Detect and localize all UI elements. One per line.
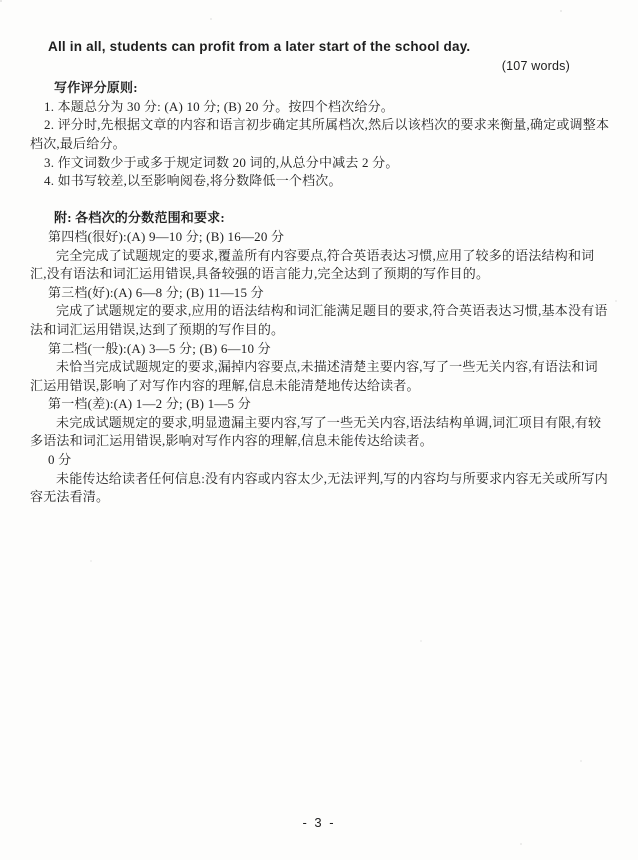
band-title: 0 分 bbox=[30, 451, 610, 470]
band-title: 第二档(一般):(A) 3—5 分; (B) 6—10 分 bbox=[30, 340, 610, 359]
score-band-4: 第四档(很好):(A) 9—10 分; (B) 16—20 分 完全完成了试题规… bbox=[30, 228, 610, 284]
band-description: 完成了试题规定的要求,应用的语法结构和词汇能满足题目的要求,符合英语表达习惯,基… bbox=[30, 302, 610, 339]
document-page: All in all, students can profit from a l… bbox=[0, 0, 638, 860]
score-bands-heading: 附: 各档次的分数范围和要求: bbox=[30, 209, 610, 228]
band-title: 第四档(很好):(A) 9—10 分; (B) 16—20 分 bbox=[30, 228, 610, 247]
principle-item-1: 1. 本题总分为 30 分: (A) 10 分; (B) 20 分。按四个档次给… bbox=[30, 98, 610, 117]
essay-closing-line: All in all, students can profit from a l… bbox=[30, 38, 610, 57]
band-title: 第一档(差):(A) 1—2 分; (B) 1—5 分 bbox=[30, 395, 610, 414]
band-description: 未恰当完成试题规定的要求,漏掉内容要点,未描述清楚主要内容,写了一些无关内容,有… bbox=[30, 358, 610, 395]
scoring-principles-heading: 写作评分原则: bbox=[30, 79, 610, 98]
score-band-2: 第二档(一般):(A) 3—5 分; (B) 6—10 分 未恰当完成试题规定的… bbox=[30, 340, 610, 396]
principle-item-3: 3. 作文词数少于或多于规定词数 20 词的,从总分中减去 2 分。 bbox=[30, 154, 610, 173]
essay-word-count: (107 words) bbox=[30, 57, 610, 76]
score-band-0: 0 分 未能传达给读者任何信息:没有内容或内容太少,无法评判,写的内容均与所要求… bbox=[30, 451, 610, 507]
score-band-3: 第三档(好):(A) 6—8 分; (B) 11—15 分 完成了试题规定的要求… bbox=[30, 284, 610, 340]
page-number: - 3 - bbox=[0, 815, 638, 830]
principle-item-4: 4. 如书写较差,以至影响阅卷,将分数降低一个档次。 bbox=[30, 172, 610, 191]
score-band-1: 第一档(差):(A) 1—2 分; (B) 1—5 分 未完成试题规定的要求,明… bbox=[30, 395, 610, 451]
band-title: 第三档(好):(A) 6—8 分; (B) 11—15 分 bbox=[30, 284, 610, 303]
band-description: 完全完成了试题规定的要求,覆盖所有内容要点,符合英语表达习惯,应用了较多的语法结… bbox=[30, 247, 610, 284]
principle-item-2: 2. 评分时,先根据文章的内容和语言初步确定其所属档次,然后以该档次的要求来衡量… bbox=[30, 116, 610, 153]
band-description: 未能传达给读者任何信息:没有内容或内容太少,无法评判,写的内容均与所要求内容无关… bbox=[30, 470, 610, 507]
document-content: All in all, students can profit from a l… bbox=[0, 0, 638, 507]
band-description: 未完成试题规定的要求,明显遗漏主要内容,写了一些无关内容,语法结构单调,词汇项目… bbox=[30, 414, 610, 451]
